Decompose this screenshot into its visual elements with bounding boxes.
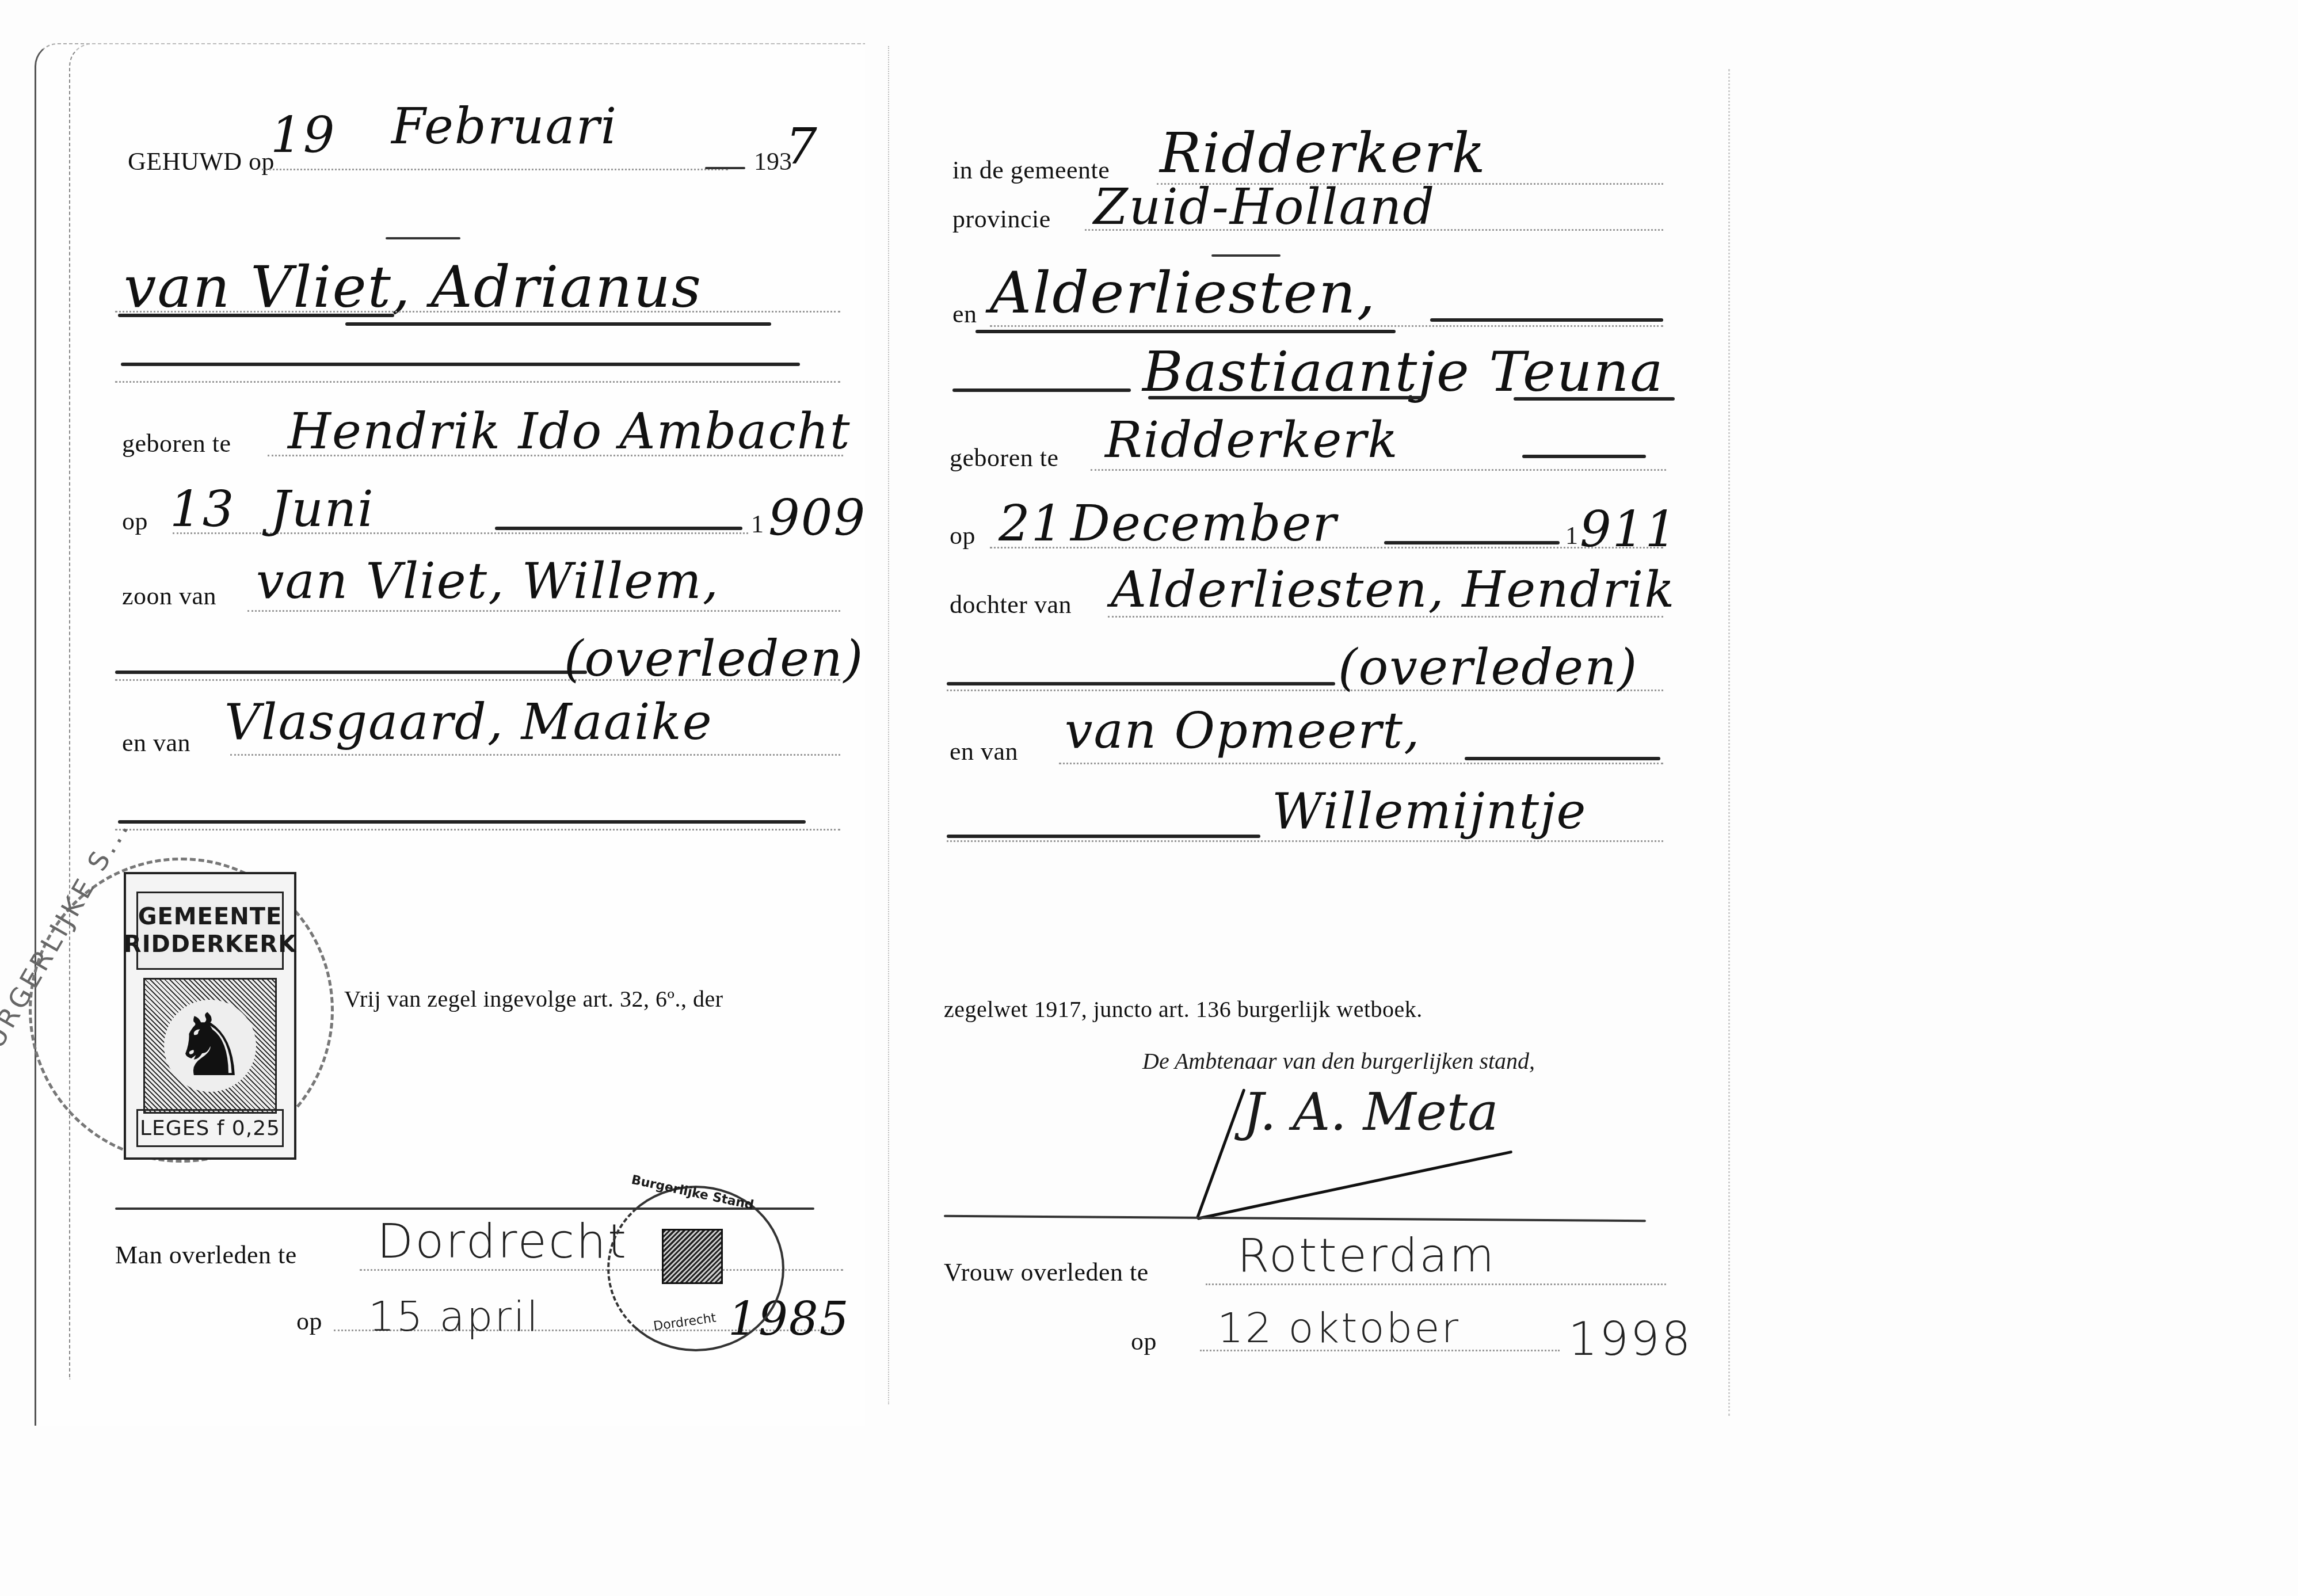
- law-text: zegelwet 1917, juncto art. 136 burgerlij…: [944, 996, 1423, 1023]
- municipality: Ridderkerk: [1160, 121, 1487, 185]
- official-label: De Ambtenaar van den burgerlijken stand,: [1142, 1048, 1535, 1075]
- birth-place-label: geboren te: [122, 429, 231, 458]
- groom-underline: [345, 322, 771, 326]
- dotted-line: [947, 840, 1663, 842]
- municipality-label: in de gemeente: [952, 155, 1110, 185]
- exemption-text: Vrij van zegel ingevolge art. 32, 6º., d…: [344, 985, 723, 1012]
- dotted-line: [1059, 763, 1663, 764]
- bride-underline: [1148, 396, 1424, 399]
- bride-father-note: (overleden): [1338, 639, 1638, 696]
- center-fold: [888, 46, 889, 1404]
- signature-flourish: [1196, 1151, 1512, 1220]
- stamp-fee-text: LEGES f 0,25: [140, 1117, 280, 1140]
- fill-stroke: [952, 388, 1131, 392]
- province-label: provincie: [952, 204, 1051, 234]
- dotted-line: [247, 610, 840, 612]
- bride-birth-year-printed: 1: [1565, 521, 1578, 550]
- stamp-fee: LEGES f 0,25: [136, 1109, 284, 1147]
- fill-stroke: [947, 835, 1260, 838]
- bride-birth-day: 21: [999, 495, 1064, 553]
- dordrecht-registry-seal: Burgerlijke Stand Dordrecht: [596, 1180, 786, 1347]
- bride-underline: [1514, 397, 1675, 401]
- man-death-date: 15 april: [368, 1292, 540, 1340]
- groom-birth-year-written: 909: [768, 489, 866, 547]
- married-day: 19: [270, 106, 336, 164]
- coat-of-arms-icon: [662, 1229, 723, 1284]
- stamp-line2: RIDDERKERK: [124, 931, 296, 958]
- dotted-line: [230, 754, 840, 756]
- ridderkerk-fee-stamp: GEMEENTE RIDDERKERK ♞ LEGES f 0,25: [124, 872, 296, 1160]
- bride-mother-surname: van Opmeert,: [1065, 702, 1420, 760]
- woman-death-place: Rotterdam: [1237, 1229, 1496, 1282]
- son-of-label: zoon van: [122, 581, 216, 611]
- bride-underline: [975, 330, 1396, 333]
- bride-father: Alderliesten, Hendrik: [1111, 561, 1675, 619]
- groom-underline: [118, 314, 394, 317]
- dotted-line: [115, 381, 840, 383]
- dotted-line: [115, 829, 840, 831]
- bride-birth-month: December: [1070, 495, 1337, 553]
- groom-birth-place: Hendrik Ido Ambacht: [288, 403, 851, 460]
- groom-father: van Vliet, Willem,: [256, 553, 719, 610]
- groom-birth-day: 13: [170, 481, 235, 538]
- stamp-line1: GEMEENTE: [138, 903, 283, 931]
- bride-given-names: Bastiaantje Teuna: [1142, 340, 1664, 404]
- woman-death-label: Vrouw overleden te: [944, 1258, 1149, 1287]
- signature-flourish: [1196, 1088, 1246, 1219]
- groom-birth-year-printed: 1: [751, 509, 764, 539]
- woman-death-date: 12 oktober: [1217, 1304, 1460, 1352]
- section-rule: [944, 1215, 1646, 1222]
- fill-stroke: [1522, 455, 1646, 458]
- dotted-line: [1206, 1283, 1666, 1285]
- bride-mother-given: Willemijntje: [1272, 783, 1587, 840]
- married-label: GEHUWD op: [128, 147, 275, 176]
- married-month: Februari: [391, 98, 618, 155]
- fill-stroke: [386, 237, 460, 239]
- birth-date-label: op: [122, 506, 148, 536]
- bride-surname: Alderliesten,: [990, 259, 1376, 326]
- woman-death-date-label: op: [1131, 1327, 1157, 1356]
- bride-birth-year-written: 911: [1580, 501, 1678, 558]
- man-death-place: Dordrecht: [377, 1214, 628, 1269]
- dotted-line: [173, 532, 748, 534]
- daughter-of-label: dochter van: [950, 590, 1072, 619]
- fill-stroke: [121, 363, 800, 366]
- fill-stroke: [118, 820, 806, 824]
- official-signature: J. A. Meta: [1243, 1082, 1499, 1142]
- fill-stroke: [1211, 254, 1281, 257]
- fill-stroke: [1384, 541, 1560, 544]
- fill-stroke: [495, 527, 742, 530]
- bride-and-of-label: en van: [950, 737, 1018, 766]
- dotted-line: [1091, 469, 1666, 471]
- province: Zuid-Holland: [1093, 178, 1435, 236]
- groom-dotted-line: [115, 311, 840, 313]
- bride-birth-place-label: geboren te: [950, 443, 1058, 473]
- bride-birth-place: Ridderkerk: [1105, 412, 1399, 469]
- stamp-crest: ♞: [143, 978, 277, 1114]
- fill-stroke: [947, 682, 1335, 685]
- fill-stroke: [705, 167, 745, 169]
- knight-on-horse-icon: ♞: [164, 1000, 256, 1092]
- man-death-date-label: op: [296, 1306, 322, 1336]
- woman-death-year: 1998: [1568, 1312, 1693, 1366]
- stamp-header: GEMEENTE RIDDERKERK: [136, 892, 284, 970]
- man-death-label: Man overleden te: [115, 1240, 297, 1270]
- groom-father-note: (overleden): [564, 630, 864, 688]
- bride-birth-date-label: op: [950, 521, 975, 550]
- right-page-edge: [1728, 69, 1730, 1416]
- married-date-dotted-line: [262, 169, 728, 170]
- fill-stroke: [1465, 757, 1660, 760]
- fill-stroke: [1430, 318, 1663, 322]
- and-label: en: [952, 299, 977, 329]
- groom-mother: Vlasgaard, Maaike: [224, 694, 713, 751]
- fill-stroke: [115, 671, 587, 674]
- married-year-written: 7: [786, 118, 818, 176]
- and-of-label: en van: [122, 728, 190, 757]
- groom-birth-month: Juni: [270, 481, 375, 538]
